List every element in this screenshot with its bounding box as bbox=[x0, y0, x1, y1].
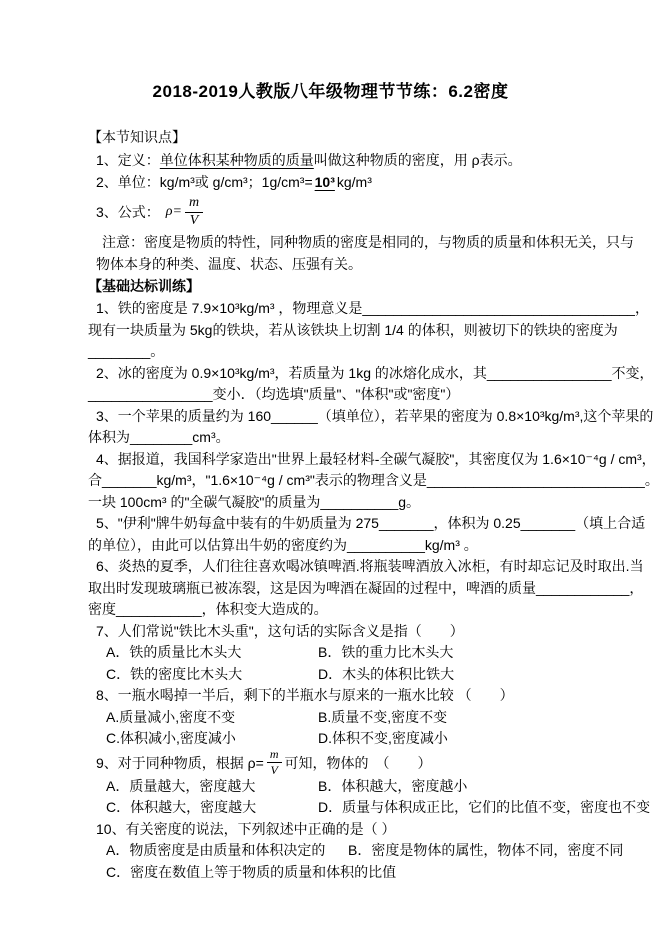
density-fraction: mV bbox=[185, 196, 203, 228]
q9-option-d: D．质量与体积成正比，它们的比值不变，密度也不变 bbox=[318, 797, 650, 819]
definition-suffix: 叫做这种物质的密度，用 ρ表示。 bbox=[314, 152, 522, 168]
knowledge-section-header: 【本节知识点】 bbox=[88, 126, 577, 149]
q10-option-a: A．物质密度是由质量和体积决定的 bbox=[106, 840, 348, 862]
practice-section-header: 【基础达标训练】 bbox=[88, 275, 577, 298]
q1-line-2: 现有一块质量为 5kg的铁块，若从该铁块上切割 1/4 的体积，则被切下的铁块的… bbox=[88, 320, 577, 342]
q10-options-row-2: C．密度在数值上等于物质的质量和体积的比值 bbox=[88, 862, 577, 884]
q8-options-row-1: A.质量减小,密度不变 B.质量不变,密度不变 bbox=[88, 707, 577, 729]
q10-option-b: B．密度是物体的属性，物体不同，密度不同 bbox=[348, 840, 623, 862]
q8-option-d: D.体积不变,密度减小 bbox=[318, 728, 448, 750]
q8-option-b: B.质量不变,密度不变 bbox=[318, 707, 447, 729]
q9-option-a: A．质量越大，密度越大 bbox=[106, 776, 318, 798]
q7-option-c: C．铁的密度比木头大 bbox=[106, 664, 318, 686]
q7-option-b: B．铁的重力比木头大 bbox=[318, 642, 453, 664]
q6-line-3: 密度___________，体积变大造成的。 bbox=[88, 599, 577, 621]
rho-equals: ρ= bbox=[166, 204, 182, 220]
q4-line-1: 4、据报道，我国科学家造出"世界上最轻材料-全碳气凝胶"，其密度仅为 1.6×1… bbox=[88, 449, 577, 471]
worksheet-page: 2018-2019人教版八年级物理节节练：6.2密度 【本节知识点】 1、定义：… bbox=[0, 0, 661, 935]
q7-options-row-2: C．铁的密度比木头大 D．木头的体积比铁大 bbox=[88, 664, 577, 686]
q2-line-2: ________________变小．（均选填"质量"、"体积"或"密度"） bbox=[88, 384, 577, 406]
q9-stem-suffix: 可知，物体的 （ ） bbox=[285, 753, 432, 773]
q10-option-c: C．密度在数值上等于物质的质量和体积的比值 bbox=[106, 862, 396, 884]
knowledge-note-line-1: 注意：密度是物质的特性，同种物质的密度是相同的，与物质的质量和体积无关，只与 bbox=[88, 231, 577, 253]
q1-line-1: 1、铁的密度是 7.9×10³kg/m³ ，物理意义是_____________… bbox=[88, 298, 577, 320]
q9-stem-prefix: 9、对于同种物质，根据 ρ= bbox=[96, 753, 264, 773]
q8-option-a: A.质量减小,密度不变 bbox=[106, 707, 318, 729]
q9-density-fraction: mV bbox=[267, 748, 282, 776]
definition-prefix: 1、定义： bbox=[96, 152, 160, 168]
q8-option-c: C.体积减小,密度减小 bbox=[106, 728, 318, 750]
q6-line-2: 取出时发现玻璃瓶已被冻裂，这是因为啤酒在凝固的过程中，啤酒的质量________… bbox=[88, 578, 577, 600]
q10-options-row-1: A．物质密度是由质量和体积决定的 B．密度是物体的属性，物体不同，密度不同 bbox=[88, 840, 577, 862]
knowledge-definition-line: 1、定义：单位体积某种物质的质量叫做这种物质的密度，用 ρ表示。 bbox=[88, 149, 577, 171]
q1-line-3: ________。 bbox=[88, 341, 577, 363]
q8-stem: 8、一瓶水喝掉一半后，剩下的半瓶水与原来的一瓶水比较 （ ） bbox=[88, 685, 577, 707]
unit-prefix: 2、单位：kg/m³或 g/cm³；1g/cm³= bbox=[96, 174, 313, 190]
q9-stem: 9、对于同种物质，根据 ρ= mV 可知，物体的 （ ） bbox=[88, 750, 577, 776]
q7-options-row-1: A．铁的质量比木头大 B．铁的重力比木头大 bbox=[88, 642, 577, 664]
q6-line-1: 6、炎热的夏季，人们往往喜欢喝冰镇啤酒.将瓶装啤酒放入冰柜，有时却忘记及时取出.… bbox=[88, 556, 577, 578]
q7-stem: 7、人们常说"铁比木头重"，这句话的实际含义是指（ ） bbox=[88, 621, 577, 643]
q7-option-d: D．木头的体积比铁大 bbox=[318, 664, 454, 686]
definition-underlined-phrase: 单位体积某种物质的质量 bbox=[160, 152, 314, 168]
knowledge-formula-line: 3、公式： ρ= mV bbox=[88, 193, 577, 231]
q5-line-2: 的单位），由此可以估算出牛奶的密度约为__________kg/m³ 。 bbox=[88, 535, 577, 557]
q4-line-2: 合_______kg/m³，"1.6×10⁻⁴g / cm³"表示的物理含义是_… bbox=[88, 470, 577, 492]
q3-line-2: 体积为________cm³。 bbox=[88, 427, 577, 449]
q9-options-row-1: A．质量越大，密度越大 B．体积越大，密度越小 bbox=[88, 776, 577, 798]
knowledge-unit-line: 2、单位：kg/m³或 g/cm³；1g/cm³=10³kg/m³ bbox=[88, 171, 577, 193]
unit-suffix: kg/m³ bbox=[337, 174, 372, 190]
knowledge-note-line-2: 物体本身的种类、温度、状态、压强有关。 bbox=[88, 253, 577, 275]
q3-line-1: 3、一个苹果的质量约为 160______（填单位），若苹果的密度为 0.8×1… bbox=[88, 406, 577, 428]
fraction-numerator: m bbox=[185, 196, 203, 213]
q5-line-1: 5、"伊利"牌牛奶每盒中装有的牛奶质量为 275_______，体积为 0.25… bbox=[88, 513, 577, 535]
q8-options-row-2: C.体积减小,密度减小 D.体积不变,密度减小 bbox=[88, 728, 577, 750]
page-title: 2018-2019人教版八年级物理节节练：6.2密度 bbox=[84, 82, 577, 102]
fraction-denominator: V bbox=[185, 213, 203, 229]
q9-option-c: C．体积越大，密度越大 bbox=[106, 797, 318, 819]
q7-option-a: A．铁的质量比木头大 bbox=[106, 642, 318, 664]
q9-options-row-2: C．体积越大，密度越大 D．质量与体积成正比，它们的比值不变，密度也不变 bbox=[88, 797, 577, 819]
q2-line-1: 2、冰的密度为 0.9×10³kg/m³，若质量为 1kg 的冰熔化成水，其__… bbox=[88, 363, 577, 385]
q4-line-3: 一块 100cm³ 的"全碳气凝胶"的质量为__________g。 bbox=[88, 492, 577, 514]
unit-conversion-value: 10³ bbox=[313, 174, 337, 190]
q9-option-b: B．体积越大，密度越小 bbox=[318, 776, 467, 798]
formula-prefix: 3、公式： bbox=[96, 202, 160, 222]
q10-stem: 10、有关密度的说法，下列叙述中正确的是（ ） bbox=[88, 819, 577, 841]
q9-fraction-numerator: m bbox=[267, 748, 282, 763]
